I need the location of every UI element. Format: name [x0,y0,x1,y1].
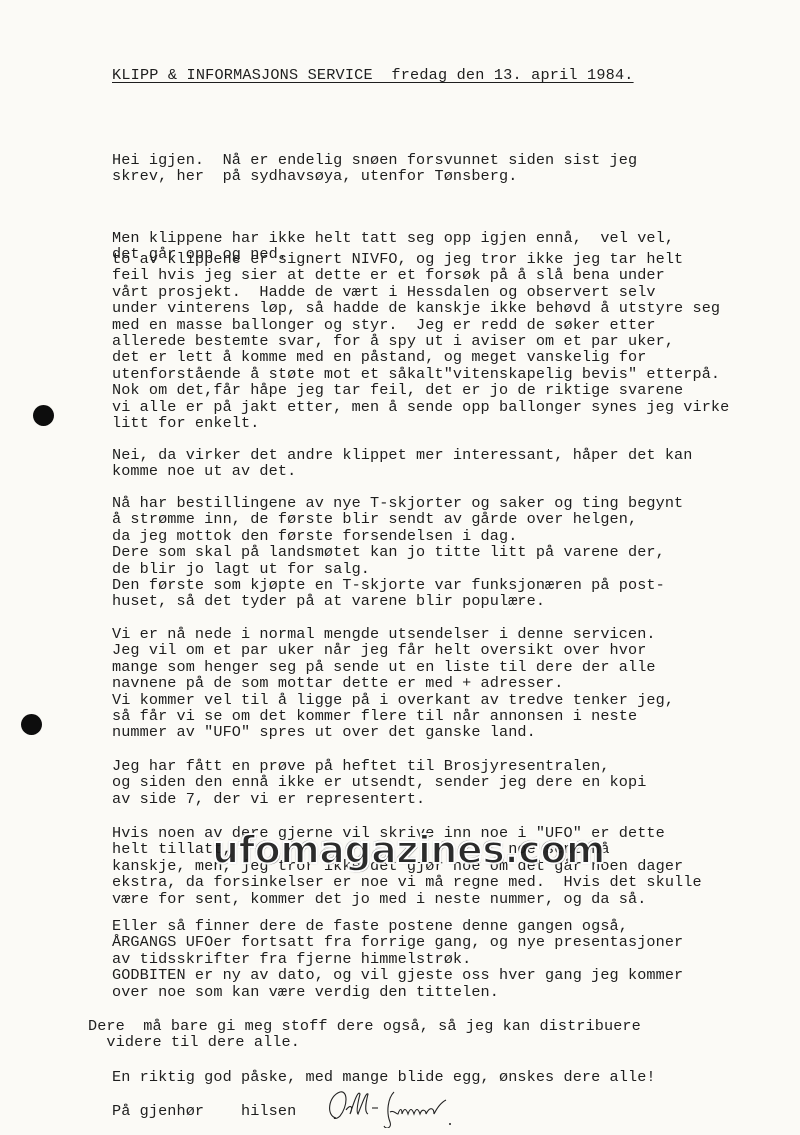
watermark: ufomagazines.com [212,828,605,872]
text-line: Den første som kjøpte en T-skjorte var f… [112,577,683,593]
text-line: Vi kommer vel til å ligge på i overkant … [112,692,674,708]
text-line: da jeg mottok den første forsendelsen i … [112,528,683,544]
text-line: En riktig god påske, med mange blide egg… [112,1069,656,1085]
text-line: Jeg har fått en prøve på heftet til Bros… [112,758,646,774]
paragraph: En riktig god påske, med mange blide egg… [112,1069,656,1085]
text-line: de blir jo lagt ut for salg. [112,561,683,577]
text-line: to av klippene er signert NIVFO, og jeg … [112,251,729,267]
text-line: Nå har bestillingene av nye T-skjorter o… [112,495,683,511]
punch-hole [33,405,54,426]
text-line: av tidsskrifter fra fjerne himmelstrøk. [112,951,683,967]
text-line: litt for enkelt. [112,415,729,431]
paragraph: Jeg har fått en prøve på heftet til Bros… [112,758,646,807]
text-line: under vinterens løp, så hadde de kanskje… [112,300,729,316]
text-line: allerede bestemte svar, for å spy ut i a… [112,333,729,349]
text-line: ÅRGANGS UFOer fortsatt fra forrige gang,… [112,934,683,950]
paragraph: Eller så finner dere de faste postene de… [112,918,683,1000]
signature [322,1088,502,1128]
text-line: være for sent, kommer det jo med i neste… [112,891,702,907]
text-line: å strømme inn, de første blir sendt av g… [112,511,683,527]
text-line: vi alle er på jakt etter, men å sende op… [112,399,729,415]
text-line: av side 7, der vi er representert. [112,791,646,807]
paragraph: to av klippene er signert NIVFO, og jeg … [112,251,729,431]
text-line: over noe som kan være verdig den tittele… [112,984,683,1000]
text-line: feil hvis jeg sier at dette er et forsøk… [112,267,729,283]
text-line: med en masse ballonger og styr. Jeg er r… [112,317,729,333]
text-line: så får vi se om det kommer flere til når… [112,708,674,724]
text-line: mange som henger seg på sende ut en list… [112,659,674,675]
punch-hole [21,714,42,735]
text-line: og siden den ennå ikke er utsendt, sende… [112,774,646,790]
text-line: videre til dere alle. [88,1034,641,1050]
paragraph: Hei igjen. Nå er endelig snøen forsvunne… [112,152,637,185]
document-page: KLIPP & INFORMASJONS SERVICE fredag den … [0,0,800,1135]
text-line: skrev, her på sydhavsøya, utenfor Tønsbe… [112,168,637,184]
text-line: GODBITEN er ny av dato, og vil gjeste os… [112,967,683,983]
text-line: På gjenhør hilsen [112,1103,296,1119]
paragraph: På gjenhør hilsen [112,1103,296,1119]
paragraph: Dere må bare gi meg stoff dere også, så … [88,1018,641,1051]
text-line: Nok om det,får håpe jeg tar feil, det er… [112,382,729,398]
text-line: nummer av "UFO" spres ut over det ganske… [112,724,674,740]
text-line: Hei igjen. Nå er endelig snøen forsvunne… [112,152,637,168]
text-line: Vi er nå nede i normal mengde utsendelse… [112,626,674,642]
text-line: vårt prosjekt. Hadde de vært i Hessdalen… [112,284,729,300]
text-line: huset, så det tyder på at varene blir po… [112,593,683,609]
paragraph: Nå har bestillingene av nye T-skjorter o… [112,495,683,610]
text-line: Dere som skal på landsmøtet kan jo titte… [112,544,683,560]
text-line: Dere må bare gi meg stoff dere også, så … [88,1018,641,1034]
text-line: ekstra, da forsinkelser er noe vi må reg… [112,874,702,890]
document-header: KLIPP & INFORMASJONS SERVICE fredag den … [112,66,634,84]
text-line: komme noe ut av det. [112,463,692,479]
text-line: Men klippene har ikke helt tatt seg opp … [112,230,674,246]
text-line: Eller så finner dere de faste postene de… [112,918,683,934]
text-line: utenforstående å støte mot et såkalt"vit… [112,366,729,382]
paragraph: Nei, da virker det andre klippet mer int… [112,447,692,480]
text-line: Jeg vil om et par uker når jeg får helt … [112,642,674,658]
text-line: navnene på de som mottar dette er med + … [112,675,674,691]
text-line: det er lett å komme med en påstand, og m… [112,349,729,365]
paragraph: Vi er nå nede i normal mengde utsendelse… [112,626,674,741]
text-line: Nei, da virker det andre klippet mer int… [112,447,692,463]
